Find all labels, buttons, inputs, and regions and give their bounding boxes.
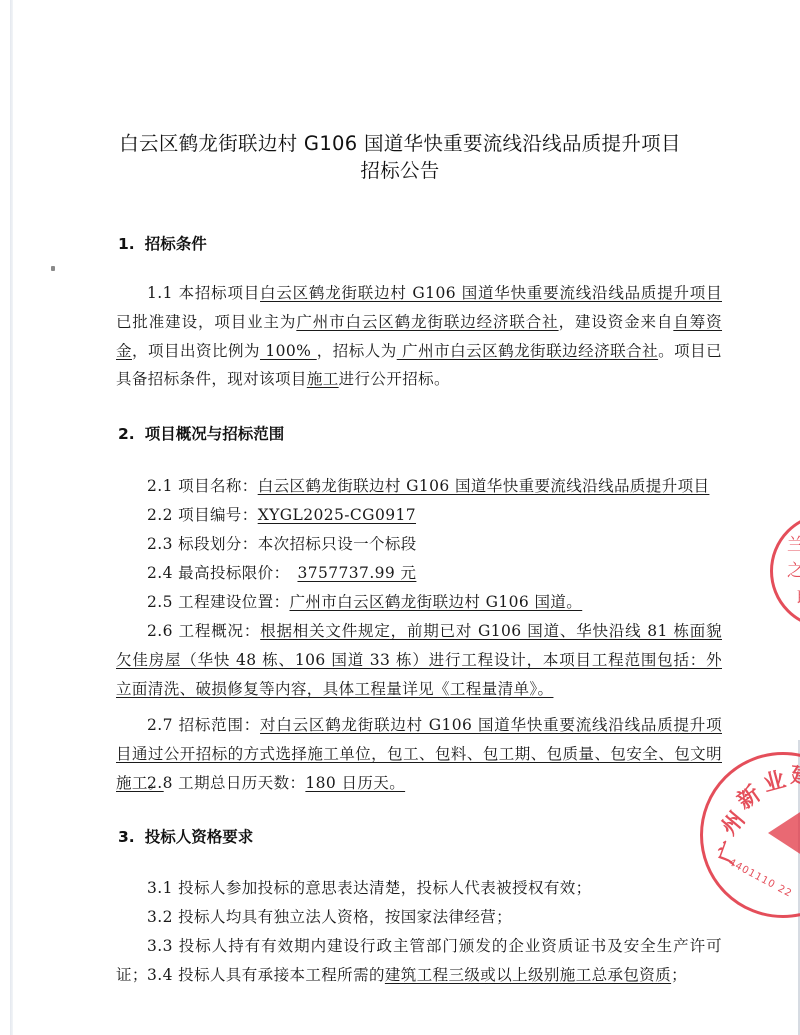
- section-2-heading: 2.项目概况与招标范围: [118, 422, 284, 444]
- item-label: 2.7 招标范围：: [147, 716, 260, 734]
- item-2-2: 2.2 项目编号：XYGL2025-CG0917: [116, 501, 722, 530]
- text: 1.1 本招标项目: [147, 284, 260, 302]
- text: ，招标人为: [317, 342, 397, 360]
- section-number: 2.: [118, 425, 135, 443]
- item-text: 3.4 投标人具有承接本工程所需的: [147, 966, 385, 984]
- funding-ratio-underlined: 100%: [260, 342, 317, 360]
- section-number: 1.: [118, 235, 135, 253]
- item-label: 2.5 工程建设位置：: [147, 593, 289, 611]
- item-label: 2.1 项目名称：: [147, 477, 258, 495]
- item-text: 3.1 投标人参加投标的意思表达清楚，投标人代表被授权有效；: [147, 879, 592, 897]
- section-3-heading: 3.投标人资格要求: [118, 825, 253, 847]
- item-text: ；: [671, 966, 687, 984]
- item-2-5: 2.5 工程建设位置：广州市白云区鹤龙街联边村 G106 国道。: [116, 588, 722, 617]
- seal-char: 新: [730, 777, 766, 815]
- section-title: 项目概况与招标范围: [145, 425, 285, 443]
- scan-speck: [51, 266, 55, 271]
- item-value: 广州市白云区鹤龙街联边村 G106 国道。: [289, 593, 582, 611]
- item-3-2: 3.2 投标人均具有独立法人资格，按国家法律经营；: [116, 903, 722, 932]
- item-label: 2.6 工程概况：: [147, 622, 260, 640]
- item-3-4: 3.4 投标人具有承接本工程所需的建筑工程三级或以上级别施工总承包资质；: [116, 961, 722, 990]
- item-label: 2.3 标段划分：: [147, 535, 258, 553]
- seal-char: 之: [787, 556, 800, 581]
- document-title-line-1: 白云区鹤龙街联边村 G106 国道华快重要流线沿线品质提升项目: [0, 128, 800, 156]
- seal-star-icon: [768, 803, 800, 863]
- item-text: 3.2 投标人均具有独立法人资格，按国家法律经营；: [147, 908, 512, 926]
- item-value: 白云区鹤龙街联边村 G106 国道华快重要流线沿线品质提升项目: [258, 477, 710, 495]
- max-bid-price: 3757737.99 元: [297, 564, 416, 582]
- project-owner-underlined: 广州市白云区鹤龙街联边经济联合社: [296, 313, 558, 331]
- qualification-underlined: 建筑工程三级或以上级别施工总承包资质: [385, 966, 671, 984]
- section-title: 招标条件: [145, 235, 207, 253]
- item-2-4: 2.4 最高投标限价：3757737.99 元: [116, 559, 722, 588]
- item-label: 2.4 最高投标限价：: [147, 564, 289, 582]
- item-2-6: 2.6 工程概况：根据相关文件规定，前期已对 G106 国道、华快沿线 81 栋…: [116, 617, 722, 703]
- document-title-line-2: 招标公告: [0, 155, 800, 183]
- item-value: 本次招标只设一个标段: [258, 535, 417, 553]
- section-number: 3.: [118, 828, 135, 846]
- paragraph-1-1: 1.1 本招标项目白云区鹤龙街联边村 G106 国道华快重要流线沿线品质提升项目…: [116, 279, 722, 394]
- seal-char: 业: [759, 763, 788, 799]
- project-name-underlined: 白云区鹤龙街联边村 G106 国道华快重要流线沿线品质提升项目: [260, 284, 722, 302]
- text: 已批准建设，项目业主为: [116, 313, 296, 331]
- tenderer-underlined: 广州市白云区鹤龙街联边经济联合社: [397, 342, 658, 360]
- section-1-heading: 1.招标条件: [118, 232, 207, 254]
- item-2-3: 2.3 标段划分：本次招标只设一个标段: [116, 530, 722, 559]
- item-label: 2.8 工期总日历天数：: [147, 774, 305, 792]
- seal-char: 兰: [787, 530, 800, 555]
- item-3-1: 3.1 投标人参加投标的意思表达清楚，投标人代表被授权有效；: [116, 874, 722, 903]
- text: ，项目出资比例为: [132, 342, 260, 360]
- item-label: 2.2 项目编号：: [147, 506, 258, 524]
- item-2-8: 2.8 工期总日历天数：180 日历天。: [116, 769, 722, 798]
- text: 进行公开招标。: [339, 370, 450, 388]
- seal-code: 4401110 22: [727, 857, 794, 900]
- text: ，建设资金来自: [559, 313, 674, 331]
- item-value: 180 日历天。: [305, 774, 405, 792]
- tender-type-underlined: 施工: [307, 370, 339, 388]
- item-value: XYGL2025-CG0917: [258, 506, 416, 524]
- seal-char: 建: [790, 758, 800, 791]
- item-2-1: 2.1 项目名称：白云区鹤龙街联边村 G106 国道华快重要流线沿线品质提升项目: [116, 472, 722, 501]
- red-seal-partial: 兰 之 联: [770, 513, 800, 629]
- section-title: 投标人资格要求: [145, 828, 254, 846]
